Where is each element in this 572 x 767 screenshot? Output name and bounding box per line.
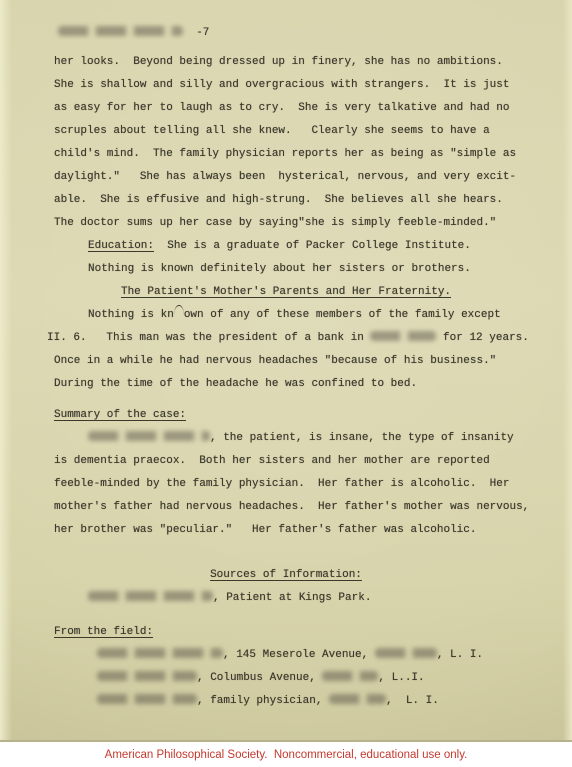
screenshot-frame: -7her looks. Beyond being dressed up in … (0, 0, 572, 767)
redacted-text (322, 671, 378, 681)
text-segment: , family physician, (197, 695, 329, 707)
document-line: II. 6. This man was the president of a b… (47, 327, 572, 350)
text-segment: scruples about telling all she knew. Cle… (54, 125, 490, 137)
document-line: Nothing is known definitely about her si… (88, 258, 572, 281)
document-line: , the patient, is insane, the type of in… (88, 427, 572, 450)
document-line: , 145 Meserole Avenue, , L. I. (97, 644, 572, 667)
document-line: is dementia praecox. Both her sisters an… (54, 450, 572, 473)
document-line: as easy for her to laugh as to cry. She … (54, 97, 572, 120)
document-line: -7 (58, 22, 572, 45)
text-segment: daylight." She has always been hysterica… (54, 171, 516, 183)
document-line: The doctor sums up her case by saying"sh… (54, 212, 572, 235)
document-body: -7her looks. Beyond being dressed up in … (0, 0, 572, 713)
document-line: , Columbus Avenue, , L..I. (97, 667, 572, 690)
redacted-text (88, 591, 213, 601)
redacted-text (370, 331, 436, 341)
document-line: She is shallow and silly and overgraciou… (54, 74, 572, 97)
underlined-text-segment: Education: (88, 240, 154, 252)
document-line: mother's father had nervous headaches. H… (54, 496, 572, 519)
text-segment: , 145 Meserole Avenue, (223, 649, 375, 661)
document-line: able. She is effusive and high-strung. S… (54, 189, 572, 212)
text-segment: , the patient, is insane, the type of in… (210, 432, 514, 444)
text-segment: , L. I. (386, 695, 439, 707)
text-segment: Nothing is known definitely about her si… (88, 263, 471, 275)
redacted-text (97, 694, 197, 704)
document-line: During the time of the headache he was c… (54, 373, 572, 396)
text-segment: Nothing is kn (88, 309, 174, 321)
document-line: child's mind. The family physician repor… (54, 143, 572, 166)
document-line: daylight." She has always been hysterica… (54, 166, 572, 189)
underlined-text-segment: From the field: (54, 626, 153, 638)
redacted-text (329, 694, 386, 704)
text-segment: for 12 years. (436, 332, 528, 344)
document-line: Education: She is a graduate of Packer C… (88, 235, 572, 258)
redacted-text (375, 648, 437, 658)
text-segment: The doctor sums up her case by saying"sh… (54, 217, 496, 229)
document-line: Sources of Information: (0, 564, 572, 587)
document-line: From the field: (54, 621, 572, 644)
close-up-tie-mark (174, 305, 184, 315)
document-line: her looks. Beyond being dressed up in fi… (54, 51, 572, 74)
document-line: Nothing is known of any of these members… (88, 304, 572, 327)
document-line: feeble-minded by the family physician. H… (54, 473, 572, 496)
usage-credit-strip: American Philosophical Society. Noncomme… (0, 742, 572, 767)
text-segment: able. She is effusive and high-strung. S… (54, 194, 503, 206)
text-segment: , Columbus Avenue, (197, 672, 322, 684)
text-segment: She is shallow and silly and overgraciou… (54, 79, 509, 91)
underlined-text-segment: Summary of the case: (54, 409, 186, 421)
text-segment: , L. I. (437, 649, 483, 661)
text-segment: -7 (183, 27, 209, 39)
text-segment: as easy for her to laugh as to cry. She … (54, 102, 509, 114)
text-segment: child's mind. The family physician repor… (54, 148, 516, 160)
text-segment: feeble-minded by the family physician. H… (54, 478, 509, 490)
text-segment: She is a graduate of Packer College Inst… (154, 240, 471, 252)
text-segment: her looks. Beyond being dressed up in fi… (54, 56, 503, 68)
redacted-text (97, 648, 223, 658)
text-segment: Once in a while he had nervous headaches… (54, 355, 496, 367)
document-line: her brother was "peculiar." Her father's… (54, 519, 572, 542)
underlined-text-segment: The Patient's Mother's Parents and Her F… (121, 286, 451, 298)
redacted-text (97, 671, 197, 681)
text-segment: own of any of these members of the famil… (184, 309, 501, 321)
redacted-text (58, 26, 183, 36)
document-line: , Patient at Kings Park. (88, 587, 572, 610)
document-line: scruples about telling all she knew. Cle… (54, 120, 572, 143)
document-line: The Patient's Mother's Parents and Her F… (0, 281, 572, 304)
text-segment: is dementia praecox. Both her sisters an… (54, 455, 490, 467)
text-segment: mother's father had nervous headaches. H… (54, 501, 529, 513)
text-segment: , Patient at Kings Park. (213, 592, 371, 604)
text-segment: her brother was "peculiar." Her father's… (54, 524, 476, 536)
text-segment: During the time of the headache he was c… (54, 378, 417, 390)
usage-credit-text: American Philosophical Society. Noncomme… (105, 749, 468, 761)
document-line: Summary of the case: (54, 404, 572, 427)
redacted-text (88, 431, 210, 441)
text-segment: , L..I. (378, 672, 424, 684)
text-segment: II. 6. This man was the president of a b… (47, 332, 370, 344)
underlined-text-segment: Sources of Information: (210, 569, 362, 581)
document-line: Once in a while he had nervous headaches… (54, 350, 572, 373)
document-line: , family physician, , L. I. (97, 690, 572, 713)
